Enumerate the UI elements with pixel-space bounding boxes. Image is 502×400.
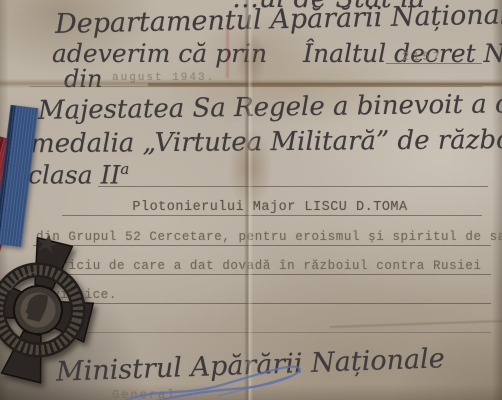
decree-number: 2157 <box>402 50 443 64</box>
lower-crease <box>330 319 502 329</box>
class-line-text: clasa IIa <box>28 160 129 189</box>
pink-ink-streak <box>226 26 229 78</box>
class-line <box>98 186 488 187</box>
issuer-line: Departamentul Apărării Naționale <box>55 0 502 40</box>
certificate-photo: …ul de Stat la Departamentul Apărării Na… <box>0 0 502 400</box>
virtutea-militara-medal <box>0 228 116 384</box>
class-label: clasa II <box>28 160 120 189</box>
grant-line-1: Majestatea Sa Regele a binevoit a confer… <box>38 88 502 126</box>
horizontal-crease-dark <box>148 83 502 86</box>
minister-signature-ink <box>122 356 352 400</box>
recipient-line <box>62 215 482 216</box>
vertical-fold-crease <box>244 0 253 400</box>
attest-phrase: adeverim că prin <box>52 39 267 68</box>
class-superscript: a <box>120 160 129 178</box>
